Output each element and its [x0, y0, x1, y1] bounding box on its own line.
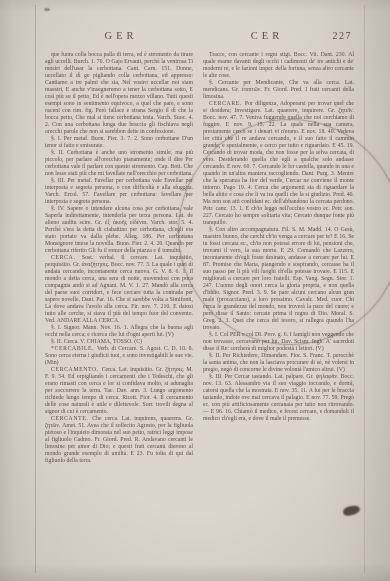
entry-headword: CERCA.: [51, 255, 82, 261]
entry-headword: CERCANTE.: [51, 416, 92, 422]
running-head-left: GER: [46, 31, 196, 44]
ink-smudge: [342, 504, 361, 517]
dictionary-paragraph: §. I. Per metaf. Buon. Fier. 3. 7. 2. So…: [45, 136, 193, 150]
dictionary-paragraph: §. I. Signor. Mann. Nov. 16. 1. Allegra …: [45, 325, 193, 339]
dictionary-paragraph: *CERCABILE. Verb. di Cercare. S. Agost. …: [45, 346, 193, 367]
entry-headword: CERCAMENTO.: [51, 367, 102, 373]
right-column: Tracce, con cercante i regni stigi. Bocc…: [203, 52, 354, 423]
entry-headword: CERCARE.: [209, 101, 245, 107]
dictionary-paragraph: CERCANTE. Che cerca. Lat. inquirens, qua…: [45, 416, 193, 465]
dictionary-paragraph: §. III. Per Cercar tastando. Lat. palpar…: [203, 374, 354, 423]
paper-speck: [44, 8, 50, 11]
scanned-book-page: GER CER 227 que fuora colla bocca palla …: [0, 0, 390, 581]
dictionary-paragraph: §. IV. Sapere o intendere alcuna cosa pe…: [45, 206, 193, 255]
entry-headword: *CERCABILE.: [51, 346, 97, 352]
left-column: que fuora colla bocca palla di terra, ed…: [45, 52, 193, 465]
dictionary-paragraph: §. Con altro accompagnatura. Fil. S. M. …: [203, 227, 354, 332]
running-head-right: CER: [204, 31, 330, 44]
dictionary-paragraph: §. III. Per metaf. Favellar per cerbotta…: [45, 178, 193, 206]
dictionary-paragraph: que fuora colla bocca palla di terra, ed…: [45, 52, 193, 136]
dictionary-paragraph: CERCA. Sost. verbal. Il cercare. Lat. in…: [45, 255, 193, 325]
dictionary-paragraph: §. II. Cerbottana è anche uno stromento …: [45, 150, 193, 178]
dictionary-paragraph: §. I. Col PER e col DI. Prov. g. 6. I fa…: [203, 332, 354, 353]
dictionary-paragraph: §. Cercante per Mendicante, Che va alla …: [203, 80, 354, 101]
page-edge-left: [35, 5, 36, 573]
dictionary-paragraph: §. II. Cerca. V. CHIAMA, TOSSO. (C): [45, 339, 193, 346]
dictionary-paragraph: CERCARE. Por diligenza, Adoperarsi per t…: [203, 101, 354, 227]
dictionary-paragraph: CERCAMENTO. Cerca. Lat. inquisitio. Gr. …: [45, 367, 193, 416]
dictionary-paragraph: Tracce, con cercante i regni stigi. Bocc…: [203, 52, 354, 80]
page-number: 227: [318, 31, 352, 42]
dictionary-paragraph: §. II. Per Richiedere, Dimandare. Fior. …: [203, 353, 354, 374]
